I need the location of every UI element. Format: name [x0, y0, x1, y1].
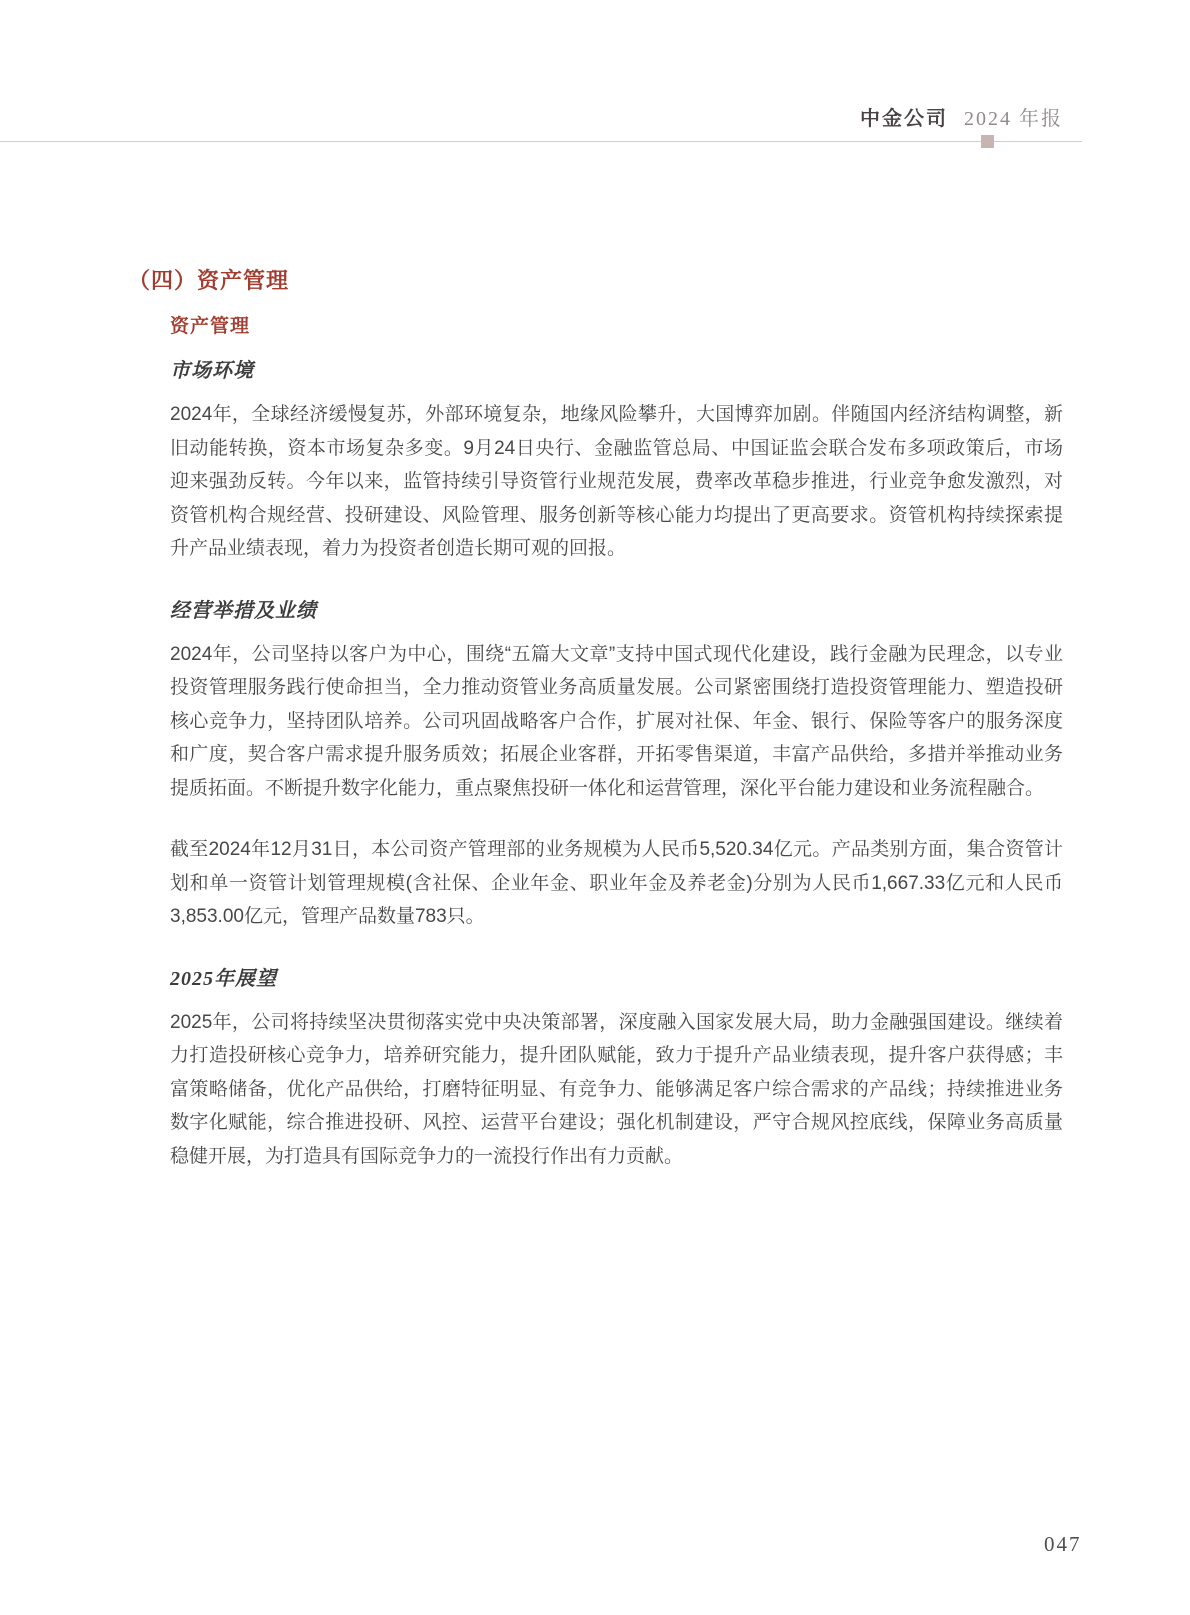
report-brand: 中金公司: [860, 108, 948, 130]
paragraph-line: 划和单一资管计划管理规模(含社保、企业年金、职业年金及养老金)分别为人民币1,6…: [170, 867, 1063, 901]
content-block: 市场环境2024年，全球经济缓慢复苏，外部环境复杂，地缘风险攀升，大国博弈加剧。…: [170, 357, 1063, 566]
paragraph-line: 2025年，公司将持续坚决贯彻落实党中央决策部署，深度融入国家发展大局，助力金融…: [170, 1006, 1063, 1040]
sub-heading: 资产管理: [170, 314, 1063, 340]
paragraph-line: 旧动能转换，资本市场复杂多变。9月24日央行、金融监管总局、中国证监会联合发布多…: [170, 432, 1063, 466]
paragraph-line: 投资管理服务践行使命担当，全力推动资管业务高质量发展。公司紧密围绕打造投资管理能…: [170, 671, 1063, 705]
page-number: 047: [1044, 1532, 1082, 1557]
header-rule-marker: [981, 135, 994, 148]
section-heading: 经营举措及业绩: [170, 597, 1063, 625]
paragraph: 2024年，公司坚持以客户为中心，围绕“五篇大文章”支持中国式现代化建设，践行金…: [170, 638, 1063, 806]
paragraph-line: 2024年，全球经济缓慢复苏，外部环境复杂，地缘风险攀升，大国博弈加剧。伴随国内…: [170, 398, 1063, 432]
content-block: 经营举措及业绩2024年，公司坚持以客户为中心，围绕“五篇大文章”支持中国式现代…: [170, 597, 1063, 934]
page-content: （四）资产管理 资产管理 市场环境2024年，全球经济缓慢复苏，外部环境复杂，地…: [128, 266, 1063, 1173]
report-edition: 2024 年报: [964, 108, 1063, 130]
paragraph-line: 提质拓面。不断提升数字化能力，重点聚焦投研一体化和运营管理，深化平台能力建设和业…: [170, 772, 1063, 806]
paragraph-line: 迎来强劲反转。今年以来，监管持续引导资管行业规范发展，费率改革稳步推进，行业竞争…: [170, 465, 1063, 499]
paragraph-line: 数字化赋能，综合推进投研、风控、运营平台建设；强化机制建设，严守合规风控底线，保…: [170, 1106, 1063, 1140]
paragraph-line: 富策略储备，优化产品供给，打磨特征明显、有竞争力、能够满足客户综合需求的产品线；…: [170, 1073, 1063, 1107]
section-heading: 市场环境: [170, 357, 1063, 385]
section-body: 资产管理 市场环境2024年，全球经济缓慢复苏，外部环境复杂，地缘风险攀升，大国…: [170, 314, 1063, 1173]
running-header: 中金公司2024 年报: [860, 106, 1063, 132]
main-heading: （四）资产管理: [128, 266, 1063, 296]
paragraph-line: 力打造投研核心竞争力，培养研究能力，提升团队赋能，致力于提升产品业绩表现，提升客…: [170, 1039, 1063, 1073]
report-page: 中金公司2024 年报 （四）资产管理 资产管理 市场环境2024年，全球经济缓…: [0, 0, 1190, 1615]
section-heading: 2025年展望: [170, 965, 1063, 993]
section-blocks: 市场环境2024年，全球经济缓慢复苏，外部环境复杂，地缘风险攀升，大国博弈加剧。…: [170, 357, 1063, 1173]
paragraph-line: 稳健开展，为打造具有国际竞争力的一流投行作出有力贡献。: [170, 1140, 1063, 1174]
paragraph-line: 3,853.00亿元，管理产品数量783只。: [170, 900, 1063, 934]
paragraph: 截至2024年12月31日，本公司资产管理部的业务规模为人民币5,520.34亿…: [170, 833, 1063, 934]
paragraph: 2025年，公司将持续坚决贯彻落实党中央决策部署，深度融入国家发展大局，助力金融…: [170, 1006, 1063, 1174]
paragraph-line: 2024年，公司坚持以客户为中心，围绕“五篇大文章”支持中国式现代化建设，践行金…: [170, 638, 1063, 672]
paragraph: 2024年，全球经济缓慢复苏，外部环境复杂，地缘风险攀升，大国博弈加剧。伴随国内…: [170, 398, 1063, 566]
paragraph-line: 资管机构合规经营、投研建设、风险管理、服务创新等核心能力均提出了更高要求。资管机…: [170, 499, 1063, 533]
paragraph-line: 核心竞争力，坚持团队培养。公司巩固战略客户合作，扩展对社保、年金、银行、保险等客…: [170, 705, 1063, 739]
header-rule: [0, 141, 1082, 142]
paragraph-line: 升产品业绩表现，着力为投资者创造长期可观的回报。: [170, 532, 1063, 566]
content-block: 2025年展望2025年，公司将持续坚决贯彻落实党中央决策部署，深度融入国家发展…: [170, 965, 1063, 1174]
paragraph-line: 和广度，契合客户需求提升服务质效；拓展企业客群，开拓零售渠道，丰富产品供给，多措…: [170, 738, 1063, 772]
paragraph-line: 截至2024年12月31日，本公司资产管理部的业务规模为人民币5,520.34亿…: [170, 833, 1063, 867]
